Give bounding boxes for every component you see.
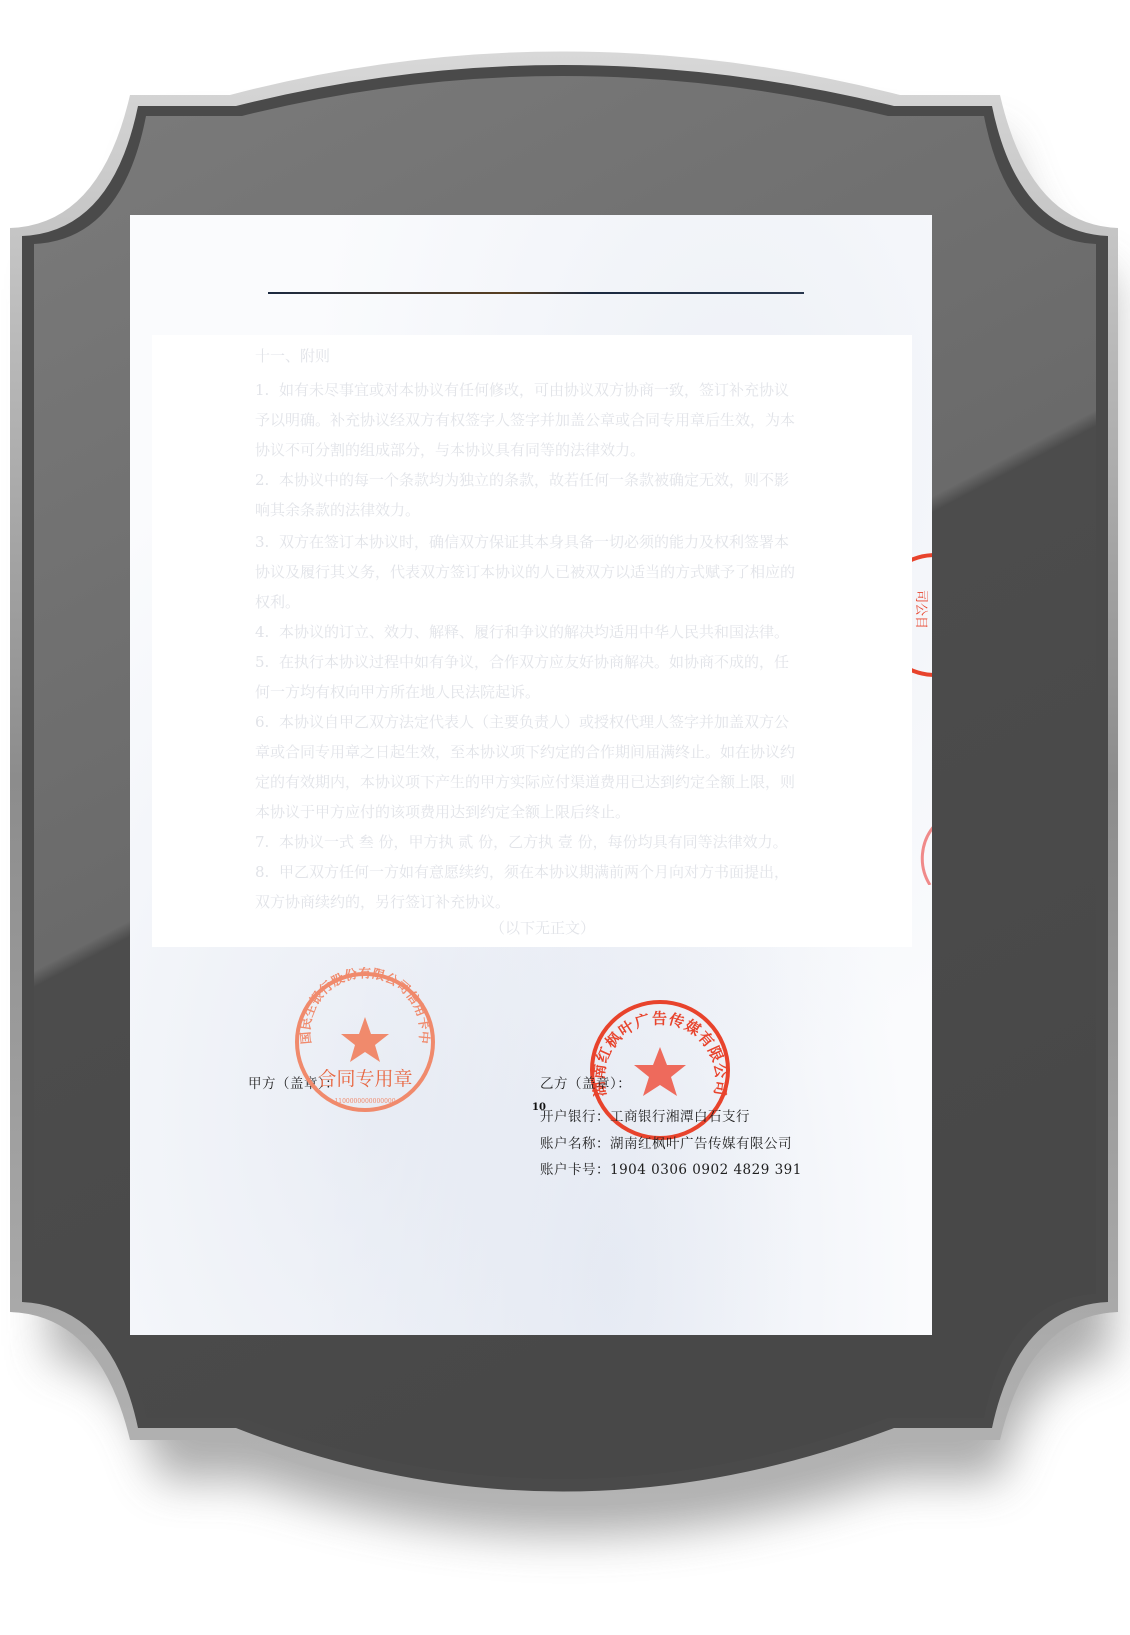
- contract-page: 司公目 十一、附则 1.如有未尽事宜或对本协议有任何修改，可由协议双方协商一致，…: [130, 215, 932, 1335]
- section-title: 十一、附则: [255, 345, 330, 366]
- svg-text:司公目: 司公目: [913, 590, 928, 629]
- clause-5: 5.在执行本协议过程中如有争议，合作双方应友好协商解决。如协商不成的，任何一方均…: [255, 647, 795, 707]
- bank-row: 开户银行：工商银行湘潭白石支行: [540, 1105, 750, 1125]
- clause-3: 3.双方在签订本协议时，确信双方保证其本身具备一切必须的能力及权利签署本协议及履…: [255, 527, 795, 617]
- account-name-label: 账户名称：: [540, 1136, 610, 1152]
- svg-text:1100000000000000: 1100000000000000: [334, 1098, 395, 1105]
- party-b-label: 乙方（盖章）：: [540, 1072, 631, 1092]
- svg-text:合同专用章: 合同专用章: [317, 1068, 412, 1090]
- account-number-label: 账户卡号：: [540, 1162, 610, 1178]
- clause-7: 7.本协议一式 叁 份，甲方执 贰 份，乙方执 壹 份，每份均具有同等法律效力。: [255, 827, 795, 857]
- bank-value: 工商银行湘潭白石支行: [610, 1109, 750, 1125]
- account-name-value: 湖南红枫叶广告传媒有限公司: [610, 1136, 792, 1152]
- clause-4: 4.本协议的订立、效力、解释、履行和争议的解决均适用中华人民共和国法律。: [255, 617, 795, 647]
- header-rule: [268, 292, 804, 294]
- account-name-row: 账户名称：湖南红枫叶广告传媒有限公司: [540, 1132, 792, 1152]
- clause-1: 1.如有未尽事宜或对本协议有任何修改，可由协议双方协商一致，签订补充协议予以明确…: [255, 375, 795, 465]
- clause-6: 6.本协议自甲乙双方法定代表人（主要负责人）或授权代理人签字并加盖双方公章或合同…: [255, 707, 795, 827]
- account-number-value: 1904 0306 0902 4829 391: [610, 1162, 802, 1178]
- closing-note: （以下无正文）: [490, 917, 595, 938]
- bank-label: 开户银行：: [540, 1109, 610, 1125]
- clause-2: 2.本协议中的每一个条款均为独立的条款，故若任何一条款被确定无效，则不影响其余条…: [255, 465, 795, 525]
- page-number: 10: [532, 1102, 546, 1113]
- clause-8: 8.甲乙双方任何一方如有意愿续约，须在本协议期满前两个月向对方书面提出，双方协商…: [255, 857, 795, 917]
- party-a-stamp: 中国民生银行股份有限公司信用卡中心 合同专用章 1100000000000000: [290, 967, 440, 1117]
- account-number-row: 账户卡号：1904 0306 0902 4829 391: [540, 1158, 802, 1178]
